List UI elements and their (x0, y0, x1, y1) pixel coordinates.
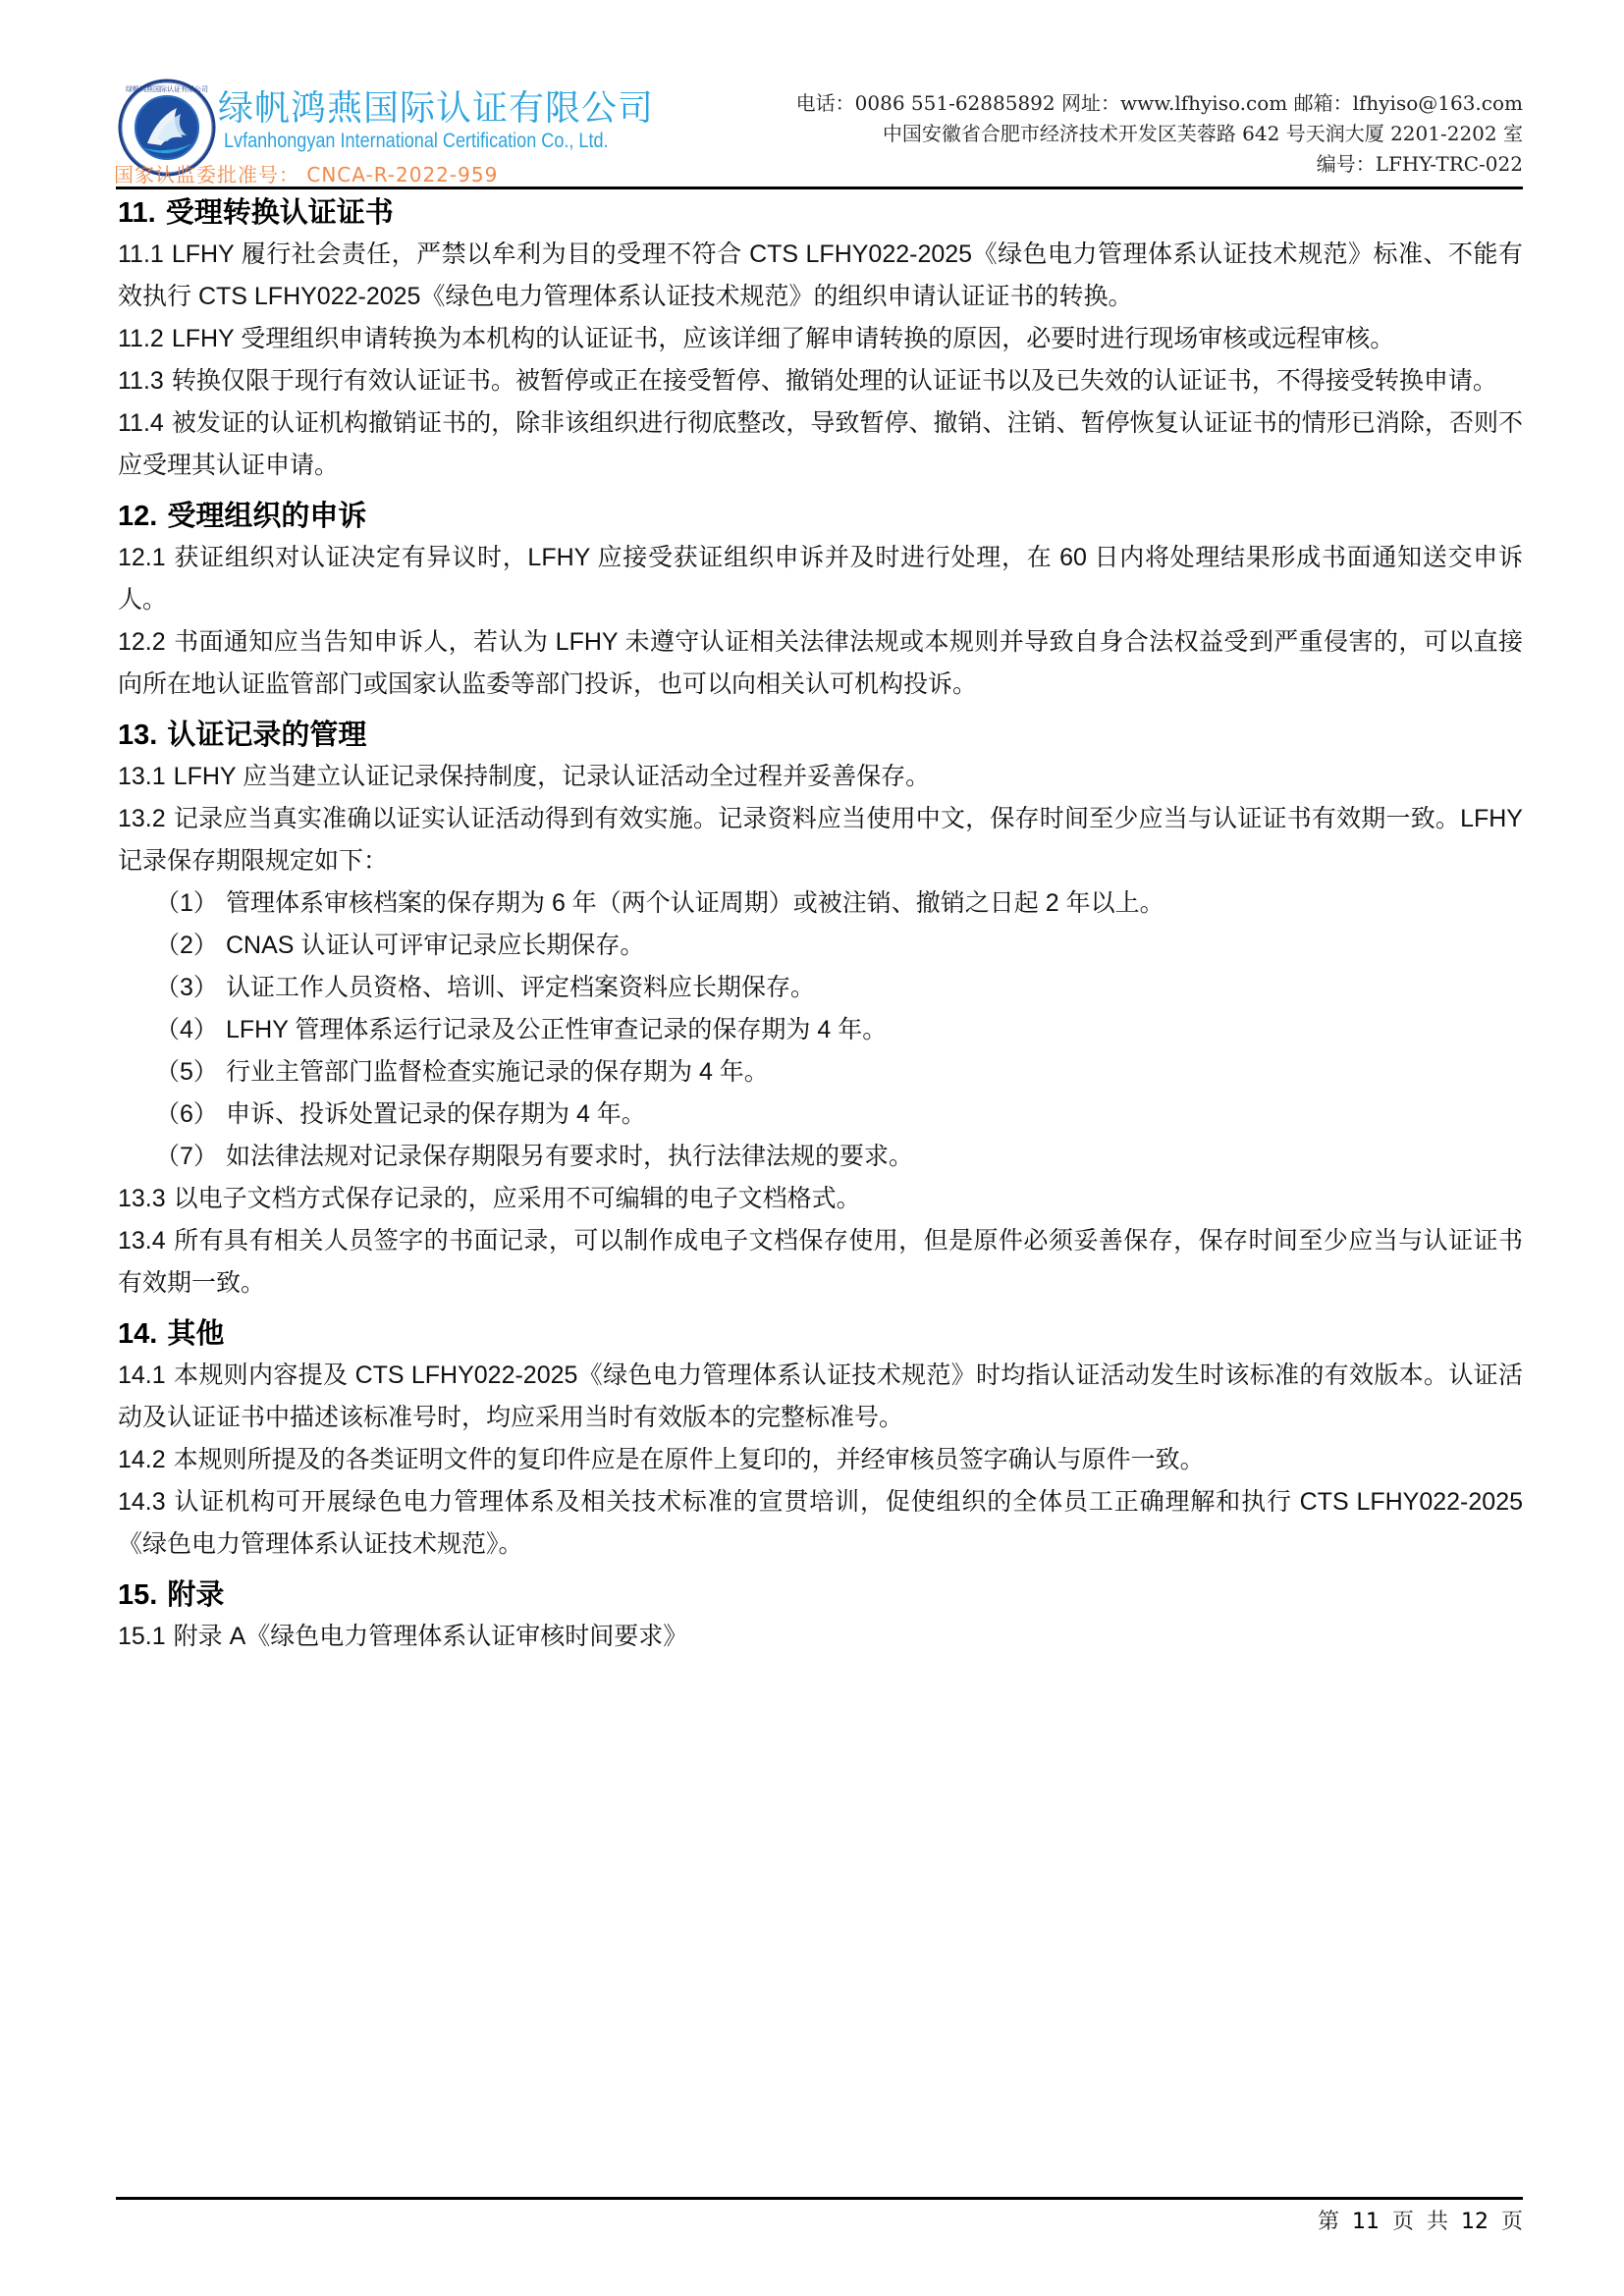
page-suffix: 页 (1501, 2210, 1523, 2234)
clause-text: 本规则所提及的各类证明文件的复印件应是在原件上复印的，并经审核员签字确认与原件一… (174, 1446, 1205, 1473)
clause-11-2: 11.2LFHY 受理组织申请转换为本机构的认证证书，应该详细了解申请转换的原因… (118, 318, 1523, 360)
list-text: LFHY 管理体系运行记录及公正性审查记录的保存期为 4 年。 (226, 1016, 887, 1043)
clause-text: 获证组织对认证决定有异议时，LFHY 应接受获证组织申诉并及时进行处理，在 60… (118, 544, 1523, 614)
clause-number: 11.3 (118, 367, 164, 395)
contact-block: 电话：0086 551-62885892 网址：www.lfhyiso.com … (796, 88, 1523, 180)
section-number: 11. (118, 197, 156, 229)
total-pages: 12 (1461, 2210, 1489, 2234)
clause-11-3: 11.3转换仅限于现行有效认证证书。被暂停或正在接受暂停、撤销处理的认证证书以及… (118, 360, 1523, 402)
section-heading-15: 15.附录 (118, 1575, 1523, 1616)
clause-number: 13.4 (118, 1227, 166, 1255)
list-number: （2） (155, 925, 226, 967)
section-title: 受理组织的申诉 (167, 501, 366, 532)
svg-text:绿帆鸿燕国际认证有限公司: 绿帆鸿燕国际认证有限公司 (126, 84, 208, 93)
retention-list-item: （1）管理体系审核档案的保存期为 6 年（两个认证周期）或被注销、撤销之日起 2… (118, 882, 1523, 925)
clause-number: 11.4 (118, 409, 164, 437)
document-page: 绿帆鸿燕国际认证有限公司 绿帆鸿燕国际认证有限公司 Lvfanhongyan I… (0, 0, 1624, 2296)
page-middle: 页 共 (1392, 2210, 1448, 2234)
approval-number: 国家认监委批准号： CNCA-R-2022-959 (114, 159, 498, 187)
clause-13-2: 13.2记录应当真实准确以证实认证活动得到有效实施。记录资料应当使用中文，保存时… (118, 798, 1523, 882)
list-text: CNAS 认证认可评审记录应长期保存。 (226, 932, 644, 959)
clause-text: 所有具有相关人员签字的书面记录，可以制作成电子文档保存使用，但是原件必须妥善保存… (118, 1227, 1523, 1297)
clause-number: 13.2 (118, 805, 166, 832)
clause-text: 本规则内容提及 CTS LFHY022-2025《绿色电力管理体系认证技术规范》… (118, 1362, 1523, 1431)
retention-list-item: （4）LFHY 管理体系运行记录及公正性审查记录的保存期为 4 年。 (118, 1009, 1523, 1051)
clause-11-1: 11.1LFHY 履行社会责任，严禁以牟利为目的受理不符合 CTS LFHY02… (118, 234, 1523, 318)
clause-number: 11.1 (118, 240, 164, 268)
retention-list-item: （7）如法律法规对记录保存期限另有要求时，执行法律法规的要求。 (118, 1136, 1523, 1178)
section-title: 认证记录的管理 (167, 720, 366, 751)
section-title: 其他 (167, 1318, 224, 1350)
clause-text: LFHY 应当建立认证记录保持制度，记录认证活动全过程并妥善保存。 (174, 763, 930, 790)
list-text: 管理体系审核档案的保存期为 6 年（两个认证周期）或被注销、撤销之日起 2 年以… (226, 889, 1164, 917)
clause-11-4: 11.4被发证的认证机构撤销证书的，除非该组织进行彻底整改，导致暂停、撤销、注销… (118, 402, 1523, 487)
clause-15-1: 15.1附录 A《绿色电力管理体系认证审核时间要求》 (118, 1616, 1523, 1658)
clause-text: 转换仅限于现行有效认证证书。被暂停或正在接受暂停、撤销处理的认证证书以及已失效的… (172, 367, 1497, 395)
clause-number: 13.3 (118, 1185, 166, 1212)
section-heading-13: 13.认证记录的管理 (118, 715, 1523, 756)
section-heading-12: 12.受理组织的申诉 (118, 496, 1523, 537)
section-heading-14: 14.其他 (118, 1313, 1523, 1355)
section-number: 14. (118, 1318, 157, 1350)
contact-phone-web-email: 电话：0086 551-62885892 网址：www.lfhyiso.com … (796, 88, 1523, 119)
retention-list-item: （3）认证工作人员资格、培训、评定档案资料应长期保存。 (118, 967, 1523, 1009)
list-text: 行业主管部门监督检查实施记录的保存期为 4 年。 (226, 1058, 769, 1086)
footer-divider (116, 2197, 1523, 2200)
clause-12-2: 12.2书面通知应当告知申诉人，若认为 LFHY 未遵守认证相关法律法规或本规则… (118, 621, 1523, 706)
company-name-en: Lvfanhongyan International Certification… (224, 130, 609, 153)
clause-14-3: 14.3认证机构可开展绿色电力管理体系及相关技术标准的宣贯培训，促使组织的全体员… (118, 1481, 1523, 1566)
section-number: 15. (118, 1579, 157, 1611)
clause-text: LFHY 受理组织申请转换为本机构的认证证书，应该详细了解申请转换的原因，必要时… (172, 325, 1394, 352)
list-number: （4） (155, 1009, 226, 1051)
clause-number: 11.2 (118, 325, 164, 352)
current-page: 11 (1352, 2210, 1380, 2234)
clause-13-3: 13.3以电子文档方式保存记录的，应采用不可编辑的电子文档格式。 (118, 1178, 1523, 1220)
list-number: （1） (155, 882, 226, 925)
header-divider (116, 187, 1523, 189)
clause-13-1: 13.1LFHY 应当建立认证记录保持制度，记录认证活动全过程并妥善保存。 (118, 756, 1523, 798)
retention-list-item: （6）申诉、投诉处置记录的保存期为 4 年。 (118, 1094, 1523, 1136)
document-number: 编号：LFHY-TRC-022 (796, 149, 1523, 180)
clause-text: 记录应当真实准确以证实认证活动得到有效实施。记录资料应当使用中文，保存时间至少应… (118, 805, 1523, 875)
page-number: 第 11 页 共 12 页 (1318, 2205, 1523, 2235)
list-number: （6） (155, 1094, 226, 1136)
clause-number: 14.1 (118, 1362, 166, 1389)
clause-number: 13.1 (118, 763, 166, 790)
document-body: 11.受理转换认证证书 11.1LFHY 履行社会责任，严禁以牟利为目的受理不符… (118, 192, 1523, 1658)
clause-text: 认证机构可开展绿色电力管理体系及相关技术标准的宣贯培训，促使组织的全体员工正确理… (118, 1488, 1523, 1558)
section-title: 附录 (167, 1579, 224, 1611)
clause-text: 书面通知应当告知申诉人，若认为 LFHY 未遵守认证相关法律法规或本规则并导致自… (118, 628, 1523, 698)
clause-14-1: 14.1本规则内容提及 CTS LFHY022-2025《绿色电力管理体系认证技… (118, 1355, 1523, 1439)
clause-number: 14.3 (118, 1488, 166, 1516)
page-prefix: 第 (1318, 2210, 1339, 2234)
clause-text: 被发证的认证机构撤销证书的，除非该组织进行彻底整改，导致暂停、撤销、注销、暂停恢… (118, 409, 1523, 479)
list-text: 如法律法规对记录保存期限另有要求时，执行法律法规的要求。 (226, 1143, 913, 1170)
company-name-cn: 绿帆鸿燕国际认证有限公司 (218, 80, 654, 131)
list-text: 认证工作人员资格、培训、评定档案资料应长期保存。 (226, 974, 815, 1001)
retention-list-item: （5）行业主管部门监督检查实施记录的保存期为 4 年。 (118, 1051, 1523, 1094)
list-number: （5） (155, 1051, 226, 1094)
clause-13-4: 13.4所有具有相关人员签字的书面记录，可以制作成电子文档保存使用，但是原件必须… (118, 1220, 1523, 1305)
clause-text: 附录 A《绿色电力管理体系认证审核时间要求》 (174, 1623, 688, 1650)
clause-number: 12.2 (118, 628, 166, 656)
clause-number: 15.1 (118, 1623, 166, 1650)
list-text: 申诉、投诉处置记录的保存期为 4 年。 (226, 1100, 646, 1128)
clause-14-2: 14.2本规则所提及的各类证明文件的复印件应是在原件上复印的，并经审核员签字确认… (118, 1439, 1523, 1481)
section-number: 12. (118, 501, 157, 532)
clause-text: 以电子文档方式保存记录的，应采用不可编辑的电子文档格式。 (174, 1185, 861, 1212)
retention-list-item: （2）CNAS 认证认可评审记录应长期保存。 (118, 925, 1523, 967)
page-header: 绿帆鸿燕国际认证有限公司 绿帆鸿燕国际认证有限公司 Lvfanhongyan I… (118, 69, 1523, 188)
contact-address: 中国安徽省合肥市经济技术开发区芙蓉路 642 号天润大厦 2201-2202 室 (796, 119, 1523, 149)
section-title: 受理转换认证证书 (166, 197, 394, 229)
section-heading-11: 11.受理转换认证证书 (118, 192, 1523, 234)
list-number: （3） (155, 967, 226, 1009)
section-number: 13. (118, 720, 157, 751)
clause-number: 14.2 (118, 1446, 166, 1473)
clause-12-1: 12.1获证组织对认证决定有异议时，LFHY 应接受获证组织申诉并及时进行处理，… (118, 537, 1523, 621)
clause-number: 12.1 (118, 544, 166, 571)
list-number: （7） (155, 1136, 226, 1178)
clause-text: LFHY 履行社会责任，严禁以牟利为目的受理不符合 CTS LFHY022-20… (118, 240, 1523, 310)
